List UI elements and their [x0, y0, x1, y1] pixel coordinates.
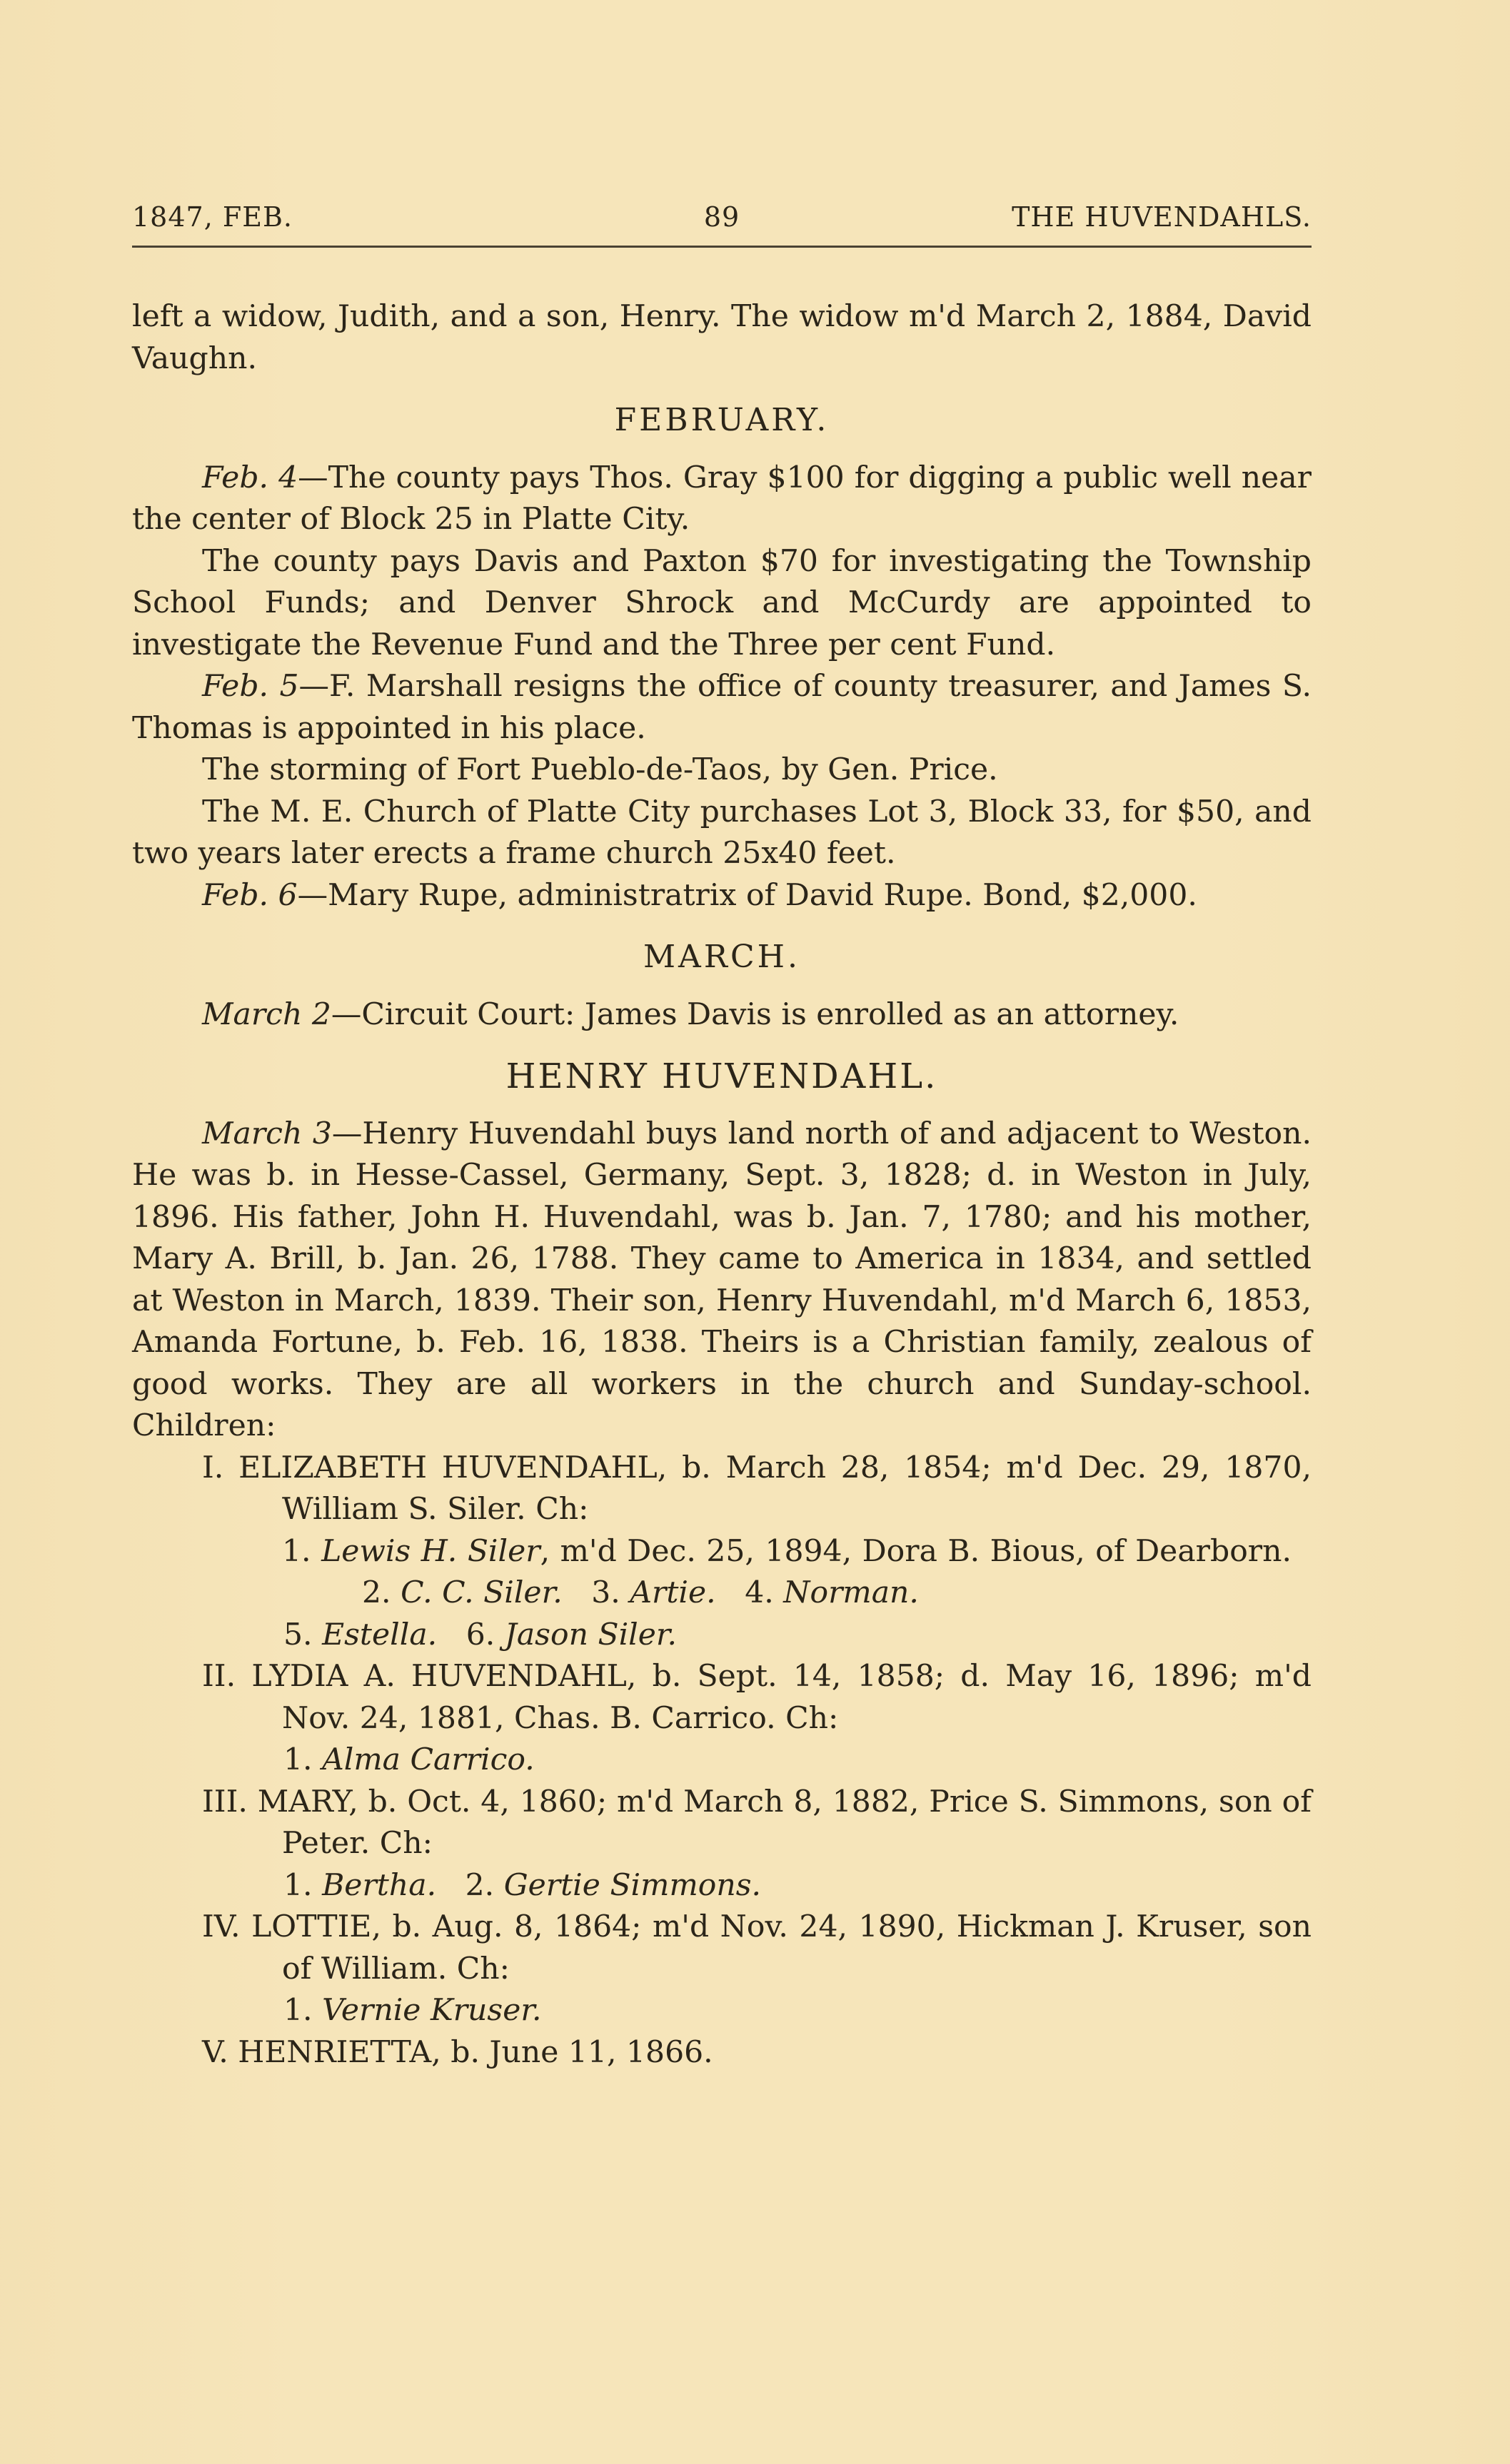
grandchild-name: Artie.: [630, 1575, 715, 1610]
entry-fort-pueblo: The storming of Fort Pueblo-de-Taos, by …: [132, 749, 1312, 792]
running-head: 1847, FEB. 89 THE HUVENDAHLS.: [132, 201, 1312, 238]
grandchild-name: Jason Siler.: [505, 1617, 677, 1652]
child-entry-iii: III. MARY, b. Oct. 4, 1860; m'd March 8,…: [132, 1782, 1312, 1865]
running-head-title: THE HUVENDAHLS.: [1012, 201, 1312, 233]
header-rule: [132, 246, 1312, 248]
grandchildren-line: 1. Alma Carrico.: [132, 1740, 1312, 1782]
entry-date: March 3: [202, 1116, 332, 1151]
grandchild-name: Estella.: [322, 1617, 437, 1652]
grandchild-name: C. C. Siler.: [401, 1575, 563, 1610]
grandchildren-line: 1. Vernie Kruser.: [132, 1990, 1312, 2032]
grandchild-name: Vernie Kruser.: [322, 1993, 541, 2028]
running-head-date: 1847, FEB.: [132, 201, 293, 233]
grandchildren-line: 1. Bertha. 2. Gertie Simmons.: [132, 1865, 1312, 1907]
entry-me-church: The M. E. Church of Platte City purchase…: [132, 792, 1312, 875]
grandchild-name: Lewis H. Siler: [321, 1534, 540, 1569]
section-heading-henry-huvendahl: HENRY HUVENDAHL.: [132, 1056, 1312, 1098]
entry-date: March 2: [202, 997, 331, 1032]
intro-paragraph: left a widow, Judith, and a son, Henry. …: [132, 296, 1312, 380]
grandchildren-line: 1. Lewis H. Siler, m'd Dec. 25, 1894, Do…: [132, 1531, 1312, 1615]
grandchild-name: Bertha.: [322, 1868, 436, 1903]
grandchild-name: Gertie Simmons.: [504, 1868, 761, 1903]
child-entry-ii: II. LYDIA A. HUVENDAHL, b. Sept. 14, 185…: [132, 1656, 1312, 1740]
child-entry-iv: IV. LOTTIE, b. Aug. 8, 1864; m'd Nov. 24…: [132, 1907, 1312, 1990]
section-heading-march: MARCH.: [132, 936, 1312, 979]
book-page: 1847, FEB. 89 THE HUVENDAHLS. left a wid…: [132, 201, 1312, 2074]
entry-feb-5: Feb. 5—F. Marshall resigns the office of…: [132, 666, 1312, 749]
grandchild-name: Alma Carrico.: [322, 1742, 535, 1777]
entry-county-pays-davis-paxton: The county pays Davis and Paxton $70 for…: [132, 541, 1312, 667]
child-entry-i: I. ELIZABETH HUVENDAHL, b. March 28, 185…: [132, 1448, 1312, 1531]
entry-feb-4: Feb. 4—The county pays Thos. Gray $100 f…: [132, 458, 1312, 541]
page-body: left a widow, Judith, and a son, Henry. …: [132, 296, 1312, 2074]
entry-march-3: March 3—Henry Huvendahl buys land north …: [132, 1114, 1312, 1448]
grandchildren-line: 5. Estella. 6. Jason Siler.: [132, 1615, 1312, 1657]
entry-date: Feb. 5: [202, 669, 299, 704]
grandchild-name: Norman.: [783, 1575, 919, 1610]
entry-march-2: March 2—Circuit Court: James Davis is en…: [132, 994, 1312, 1036]
entry-date: Feb. 4: [202, 460, 298, 495]
entry-date: Feb. 6: [202, 878, 298, 913]
entry-feb-6: Feb. 6—Mary Rupe, administratrix of Davi…: [132, 875, 1312, 917]
child-entry-v: V. HENRIETTA, b. June 11, 1866.: [132, 2032, 1312, 2074]
section-heading-february: FEBRUARY.: [132, 400, 1312, 442]
